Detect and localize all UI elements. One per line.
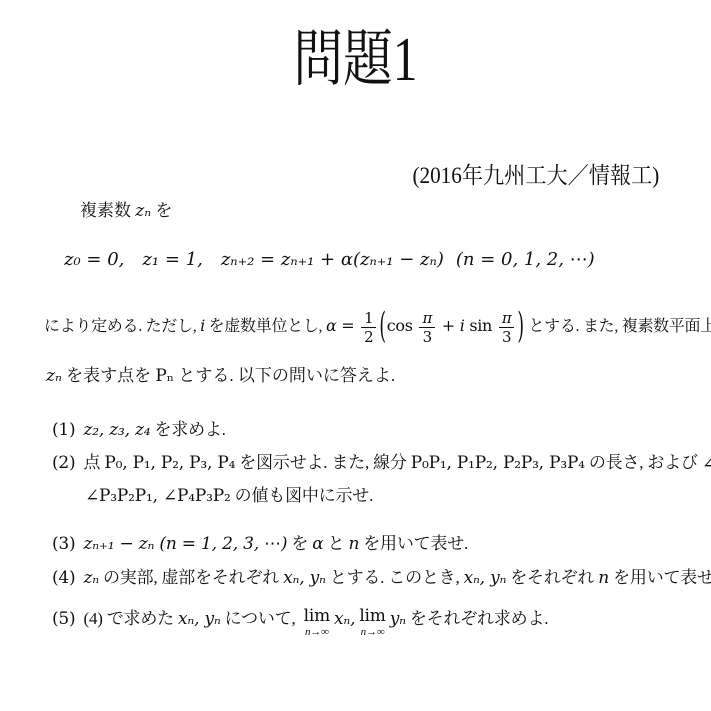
item-2-label: (2) bbox=[52, 453, 75, 473]
para1-jp-1: により定める. ただし, bbox=[44, 318, 200, 335]
fraction-numerator: π bbox=[419, 309, 435, 328]
item-2-segments: P₀P₁, P₁P₂, P₂P₃, P₃P₄ bbox=[411, 453, 585, 473]
question-item-2: (2)点 P₀, P₁, P₂, P₃, P₄ を図示せよ. また, 線分 P₀… bbox=[52, 448, 711, 473]
intro-line: 複素数 zₙ を bbox=[80, 196, 172, 221]
item-4-jp-1: の実部, 虚部をそれぞれ bbox=[99, 568, 283, 587]
limit-operator: lim bbox=[304, 608, 330, 625]
item-5-jp-3: をそれぞれ求めよ. bbox=[406, 609, 549, 628]
item-1-label: (1) bbox=[52, 420, 75, 440]
item-5-jp-1: (4) で求めた bbox=[83, 609, 178, 628]
intro-jp-1: 複素数 bbox=[80, 201, 135, 220]
recurrence-equation: z₀ = 0,z₁ = 1,zₙ₊₂ = zₙ₊₁ + α(zₙ₊₁ − zₙ)… bbox=[64, 249, 595, 270]
item-3-jp-2: と bbox=[324, 534, 349, 553]
fraction-pi-thirds-2: π3 bbox=[499, 309, 515, 346]
item-4-jp-2: とする. このとき, bbox=[326, 568, 464, 587]
source-attribution-text: (2016年九州工大／情報工) bbox=[412, 157, 659, 190]
item-2-jp-2: を図示せよ. また, 線分 bbox=[235, 453, 411, 472]
item-2-jp-4: の値も図中に示せ. bbox=[231, 486, 374, 505]
item-5-var-xn: xₙ, bbox=[334, 609, 355, 629]
definition-paragraph-2: zₙ を表す点を Pₙ とする. 以下の問いに答えよ. bbox=[46, 361, 395, 386]
fraction-denominator: 3 bbox=[499, 328, 515, 346]
question-item-3: (3)zₙ₊₁ − zₙ (n = 1, 2, 3, ⋯) を α と n を用… bbox=[52, 529, 468, 554]
para1-plus: + bbox=[437, 316, 460, 335]
fraction-pi-thirds-1: π3 bbox=[419, 309, 435, 346]
limit-subscript: n→∞ bbox=[359, 627, 385, 638]
eq-condition: (n = 0, 1, 2, ⋯) bbox=[456, 249, 595, 270]
item-4-var-n: n bbox=[598, 568, 609, 588]
intro-var-zn: zₙ bbox=[135, 201, 151, 221]
item-2-angles-2: ∠P₃P₂P₁, ∠P₄P₃P₂ bbox=[85, 486, 231, 506]
limit-operator: lim bbox=[359, 608, 385, 625]
problem-page: 問題1 (2016年九州工大／情報工) 複素数 zₙ を z₀ = 0,z₁ =… bbox=[0, 0, 711, 711]
eq-recurrence: zₙ₊₂ = zₙ₊₁ + α(zₙ₊₁ − zₙ) bbox=[221, 249, 444, 270]
item-5-jp-2: について, bbox=[221, 609, 300, 628]
fraction-numerator: π bbox=[499, 309, 515, 328]
limit-notation-x: limn→∞ bbox=[304, 608, 330, 638]
fraction-one-half: 12 bbox=[361, 309, 376, 346]
eq-z1: z₁ = 1, bbox=[142, 249, 202, 270]
intro-jp-2: を bbox=[151, 201, 172, 220]
item-4-label: (4) bbox=[52, 568, 75, 588]
item-3-label: (3) bbox=[52, 534, 75, 554]
item-3-math-1: zₙ₊₁ − zₙ bbox=[83, 534, 154, 554]
para2-var-pn: Pₙ bbox=[155, 366, 174, 386]
para1-var-alpha: α bbox=[326, 316, 337, 335]
page-title-text: 問題1 bbox=[293, 26, 417, 94]
item-3-math-2: (n = 1, 2, 3, ⋯) bbox=[154, 534, 287, 554]
item-4-vars-xy-2: xₙ, yₙ bbox=[464, 568, 507, 588]
para1-jp-2: を虚数単位とし, bbox=[205, 318, 326, 335]
item-1-jp: を求めよ. bbox=[150, 420, 225, 439]
fraction-denominator: 3 bbox=[419, 328, 435, 346]
fraction-denominator: 2 bbox=[361, 328, 376, 346]
limit-subscript: n→∞ bbox=[304, 627, 330, 638]
item-3-var-alpha: α bbox=[312, 534, 323, 554]
item-4-var-zn: zₙ bbox=[83, 568, 98, 588]
item-2-jp-3: の長さ, および bbox=[585, 453, 702, 472]
para2-var-zn: zₙ bbox=[46, 366, 62, 386]
item-4-jp-4: を用いて表せ. bbox=[609, 568, 711, 587]
para1-cos: cos bbox=[387, 316, 418, 335]
para1-sin: sin bbox=[465, 316, 497, 335]
question-item-1: (1)z₂, z₃, z₄ を求めよ. bbox=[52, 415, 226, 440]
item-3-jp-1: を bbox=[287, 534, 312, 553]
limit-notation-y: limn→∞ bbox=[359, 608, 385, 638]
item-4-vars-xy: xₙ, yₙ bbox=[283, 568, 326, 588]
item-2-jp-1: 点 bbox=[83, 453, 104, 472]
question-item-4: (4)zₙ の実部, 虚部をそれぞれ xₙ, yₙ とする. このとき, xₙ,… bbox=[52, 563, 711, 588]
para2-jp-2: とする. 以下の問いに答えよ. bbox=[174, 366, 395, 385]
item-2-points: P₀, P₁, P₂, P₃, P₄ bbox=[104, 453, 235, 473]
item-4-jp-3: をそれぞれ bbox=[506, 568, 598, 587]
item-5-vars-xy: xₙ, yₙ bbox=[178, 609, 221, 629]
page-title: 問題1 bbox=[0, 26, 711, 94]
fraction-numerator: 1 bbox=[361, 309, 376, 328]
item-3-var-n: n bbox=[348, 534, 359, 554]
item-5-label: (5) bbox=[52, 609, 75, 629]
source-attribution: (2016年九州工大／情報工) bbox=[391, 157, 659, 190]
item-5-var-yn: yₙ bbox=[390, 609, 406, 629]
item-1-math: z₂, z₃, z₄ bbox=[83, 420, 150, 440]
question-item-2-line-2: ∠P₃P₂P₁, ∠P₄P₃P₂ の値も図中に示せ. bbox=[85, 481, 373, 506]
item-2-angle-1: ∠P₂P₁P₀, bbox=[702, 453, 711, 473]
para2-jp-1: を表す点を bbox=[62, 366, 156, 385]
item-3-jp-3: を用いて表せ. bbox=[359, 534, 468, 553]
para1-jp-3: とする. また, 複素数平面上で複素数 bbox=[525, 318, 711, 335]
question-item-5: (5)(4) で求めた xₙ, yₙ について, limn→∞xₙ,limn→∞… bbox=[52, 604, 548, 638]
definition-paragraph: により定める. ただし, i を虚数単位とし, α = 12(cos π3 + … bbox=[44, 302, 711, 351]
right-paren: ) bbox=[517, 277, 523, 378]
para1-equals: = bbox=[336, 316, 359, 335]
eq-z0: z₀ = 0, bbox=[64, 249, 124, 270]
